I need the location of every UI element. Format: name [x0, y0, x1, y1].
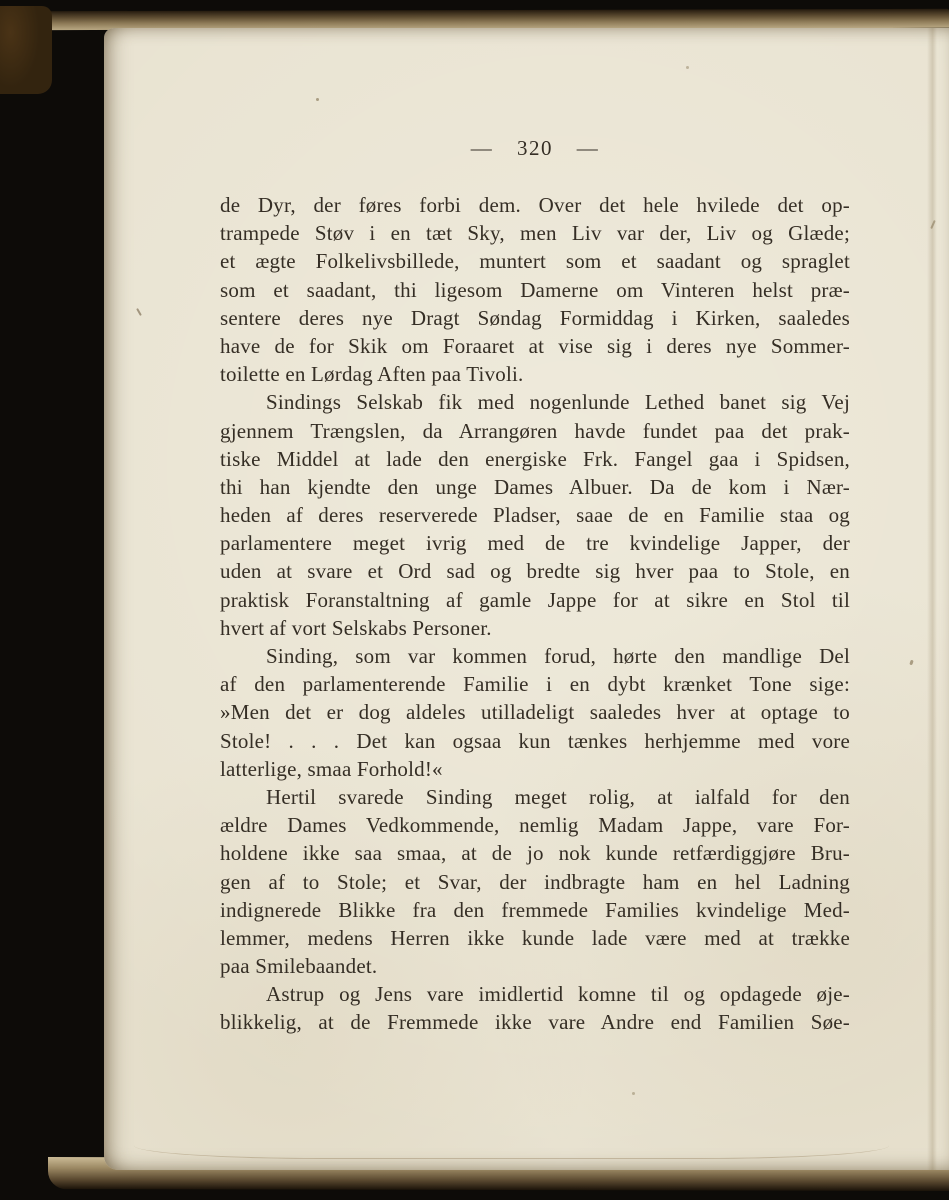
text-line: parlamentere meget ivrig med de tre kvin…: [220, 529, 850, 557]
text-line: Sindings Selskab fik med nogenlunde Leth…: [220, 388, 850, 416]
text-line: blikkelig, at de Fremmede ikke vare Andr…: [220, 1008, 850, 1036]
text-line: ældre Dames Vedkommende, nemlig Madam Ja…: [220, 811, 850, 839]
next-page-edge-line: [134, 1132, 889, 1159]
page-crease: [927, 28, 937, 1170]
text-line: Sinding, som var kommen forud, hørte den…: [220, 642, 850, 670]
text-line: indignerede Blikke fra den fremmede Fami…: [220, 896, 850, 924]
book-top-edge: [22, 9, 949, 30]
text-line: Stole! . . . Det kan ogsaa kun tænkes he…: [220, 727, 850, 755]
page-stack-left-edge: [0, 20, 112, 1186]
scan-background: — 320 — de Dyr, der føres forbi dem. Ove…: [0, 0, 949, 1200]
text-line: sentere deres nye Dragt Søndag Formiddag…: [220, 304, 850, 332]
text-line: tiske Middel at lade den energiske Frk. …: [220, 445, 850, 473]
paper-speck: [316, 98, 319, 101]
text-line: toilette en Lørdag Aften paa Tivoli.: [220, 360, 850, 388]
text-line: »Men det er dog aldeles utilladeligt saa…: [220, 698, 850, 726]
text-line: et ægte Folkelivsbillede, muntert som et…: [220, 247, 850, 275]
text-line: have de for Skik om Foraaret at vise sig…: [220, 332, 850, 360]
book-page: — 320 — de Dyr, der føres forbi dem. Ove…: [104, 28, 949, 1170]
text-line: thi han kjendte den unge Dames Albuer. D…: [220, 473, 850, 501]
paper-speck: [686, 66, 689, 69]
text-line: praktisk Foranstaltning af gamle Jappe f…: [220, 586, 850, 614]
page-text: de Dyr, der føres forbi dem. Over det he…: [220, 191, 850, 1037]
text-line: holdene ikke saa smaa, at de jo nok kund…: [220, 839, 850, 867]
text-line: heden af deres reserverede Pladser, saae…: [220, 501, 850, 529]
text-line: uden at svare et Ord sad og bredte sig h…: [220, 557, 850, 585]
text-line: latterlige, smaa Forhold!«: [220, 755, 850, 783]
text-line: Hertil svarede Sinding meget rolig, at i…: [220, 783, 850, 811]
text-column: — 320 — de Dyr, der føres forbi dem. Ove…: [220, 134, 850, 1037]
paper-speck: [632, 1092, 635, 1095]
paper-speck: [909, 660, 913, 666]
text-line: lemmer, medens Herren ikke kunde lade væ…: [220, 924, 850, 952]
paper-speck: [136, 308, 142, 316]
text-line: de Dyr, der føres forbi dem. Over det he…: [220, 191, 850, 219]
text-line: trampede Støv i en tæt Sky, men Liv var …: [220, 219, 850, 247]
text-line: Astrup og Jens vare imidlertid komne til…: [220, 980, 850, 1008]
text-line: som et saadant, thi ligesom Damerne om V…: [220, 276, 850, 304]
text-line: hvert af vort Selskabs Personer.: [220, 614, 850, 642]
text-line: paa Smilebaandet.: [220, 952, 850, 980]
text-line: af den parlamenterende Familie i en dybt…: [220, 670, 850, 698]
page-number: — 320 —: [220, 134, 850, 162]
text-line: gen af to Stole; et Svar, der indbragte …: [220, 868, 850, 896]
text-line: gjennem Trængslen, da Arrangøren havde f…: [220, 417, 850, 445]
